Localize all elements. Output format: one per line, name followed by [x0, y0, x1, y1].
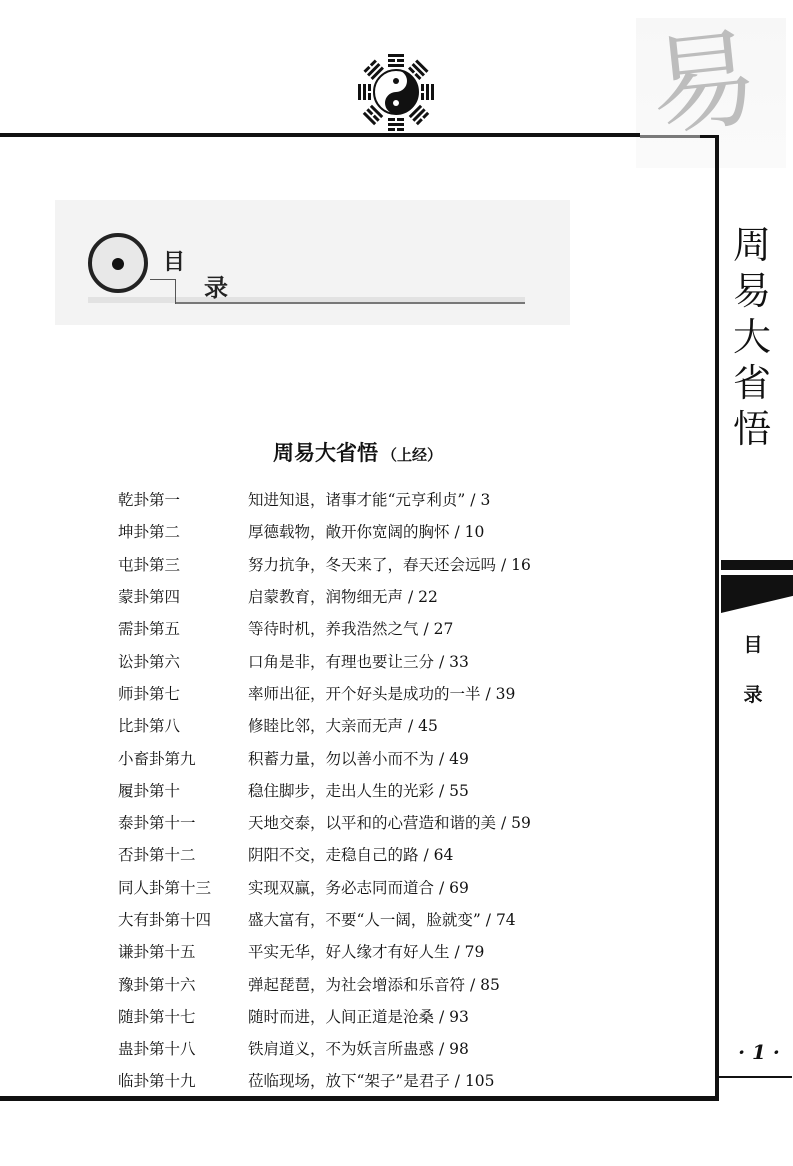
side-tab-bar: [721, 560, 793, 570]
toc-hexagram: 师卦第七: [118, 682, 248, 704]
watermark-character: 易: [645, 25, 764, 144]
toc-page: / 69: [439, 879, 469, 897]
section-title-main: 周易大省悟: [273, 441, 378, 465]
toc-entry[interactable]: 蒙卦第四启蒙教育，润物细无声 / 22: [118, 580, 678, 612]
toc-entry[interactable]: 同人卦第十三实现双赢，务必志同而道合 / 69: [118, 871, 678, 903]
toc-entry[interactable]: 比卦第八修睦比邻，大亲而无声 / 45: [118, 709, 678, 741]
toc-title: 阴阳不交，走稳自己的路: [248, 846, 419, 864]
toc-title: 率师出征，开个好头是成功的一半: [248, 685, 481, 703]
toc-hexagram: 同人卦第十三: [118, 876, 248, 898]
dragon-medallion-icon: [88, 233, 148, 293]
toc-title: 实现双赢，务必志同而道合: [248, 879, 434, 897]
toc-hexagram: 蛊卦第十八: [118, 1037, 248, 1059]
toc-entry[interactable]: 履卦第十稳住脚步，走出人生的光彩 / 55: [118, 774, 678, 806]
toc-entry[interactable]: 讼卦第六口角是非，有理也要让三分 / 33: [118, 644, 678, 676]
toc-title: 铁肩道义，不为妖言所蛊惑: [248, 1040, 434, 1058]
toc-title: 盛大富有，不要“人一阔，脸就变”: [248, 911, 481, 929]
toc-title: 修睦比邻，大亲而无声: [248, 717, 403, 735]
page-number-underline: [716, 1076, 792, 1078]
side-tab-wedge: [721, 575, 793, 613]
toc-entry[interactable]: 泰卦第十一天地交泰，以平和的心营造和谐的美 / 59: [118, 806, 678, 838]
toc-title: 天地交泰，以平和的心营造和谐的美: [248, 814, 496, 832]
toc-page: / 105: [455, 1072, 495, 1090]
toc-page: / 10: [454, 523, 484, 541]
toc-entry[interactable]: 师卦第七率师出征，开个好头是成功的一半 / 39: [118, 677, 678, 709]
side-title-char: 周: [727, 222, 777, 268]
section-title: 周易大省悟（上经）: [0, 437, 715, 467]
toc-hexagram: 泰卦第十一: [118, 811, 248, 833]
frame-right-border: [715, 135, 719, 1100]
toc-hexagram: 否卦第十二: [118, 843, 248, 865]
side-title-char: 大: [727, 314, 777, 360]
side-section-label-char: 目: [738, 630, 768, 657]
toc-entry[interactable]: 临卦第十九莅临现场，放下“架子”是君子 / 105: [118, 1064, 678, 1096]
toc-title: 莅临现场，放下“架子”是君子: [248, 1072, 450, 1090]
toc-title: 稳住脚步，走出人生的光彩: [248, 782, 434, 800]
toc-page: / 27: [423, 620, 453, 638]
side-title-char: 省: [727, 360, 777, 406]
toc-hexagram: 临卦第十九: [118, 1069, 248, 1091]
toc-hexagram: 谦卦第十五: [118, 940, 248, 962]
toc-entry[interactable]: 豫卦第十六弹起琵琶，为社会增添和乐音符 / 85: [118, 967, 678, 999]
toc-entry[interactable]: 屯卦第三努力抗争，冬天来了，春天还会远吗 / 16: [118, 548, 678, 580]
toc-title: 平实无华，好人缘才有好人生: [248, 943, 450, 961]
toc-title: 知进知退，诸事才能“元亨利贞”: [248, 491, 465, 509]
toc-hexagram: 屯卦第三: [118, 553, 248, 575]
banner-step-line: [150, 279, 176, 304]
taiji-bagua-icon: [356, 52, 436, 132]
toc-page: / 93: [439, 1008, 469, 1026]
toc-entry[interactable]: 需卦第五等待时机，养我浩然之气 / 27: [118, 612, 678, 644]
toc-title: 等待时机，养我浩然之气: [248, 620, 419, 638]
contents-heading-char-2: 录: [204, 268, 228, 303]
toc-page: / 45: [408, 717, 438, 735]
toc-hexagram: 乾卦第一: [118, 488, 248, 510]
toc-page: / 33: [439, 653, 469, 671]
toc-page: / 3: [470, 491, 490, 509]
toc-hexagram: 履卦第十: [118, 779, 248, 801]
toc-title: 口角是非，有理也要让三分: [248, 653, 434, 671]
side-book-title: 周 易 大 省 悟: [727, 222, 777, 452]
top-rule: [0, 133, 640, 137]
toc-hexagram: 讼卦第六: [118, 650, 248, 672]
toc-hexagram: 需卦第五: [118, 617, 248, 639]
toc-hexagram: 比卦第八: [118, 714, 248, 736]
toc-page: / 74: [486, 911, 516, 929]
contents-heading-char-1: 目: [163, 245, 185, 276]
toc-page: / 39: [485, 685, 515, 703]
toc-page: / 98: [439, 1040, 469, 1058]
toc-hexagram: 蒙卦第四: [118, 585, 248, 607]
toc-hexagram: 豫卦第十六: [118, 973, 248, 995]
toc-hexagram: 大有卦第十四: [118, 908, 248, 930]
toc-hexagram: 坤卦第二: [118, 520, 248, 542]
toc-title: 努力抗争，冬天来了，春天还会远吗: [248, 556, 496, 574]
toc-page: / 64: [423, 846, 453, 864]
toc-entry[interactable]: 大有卦第十四盛大富有，不要“人一阔，脸就变” / 74: [118, 903, 678, 935]
toc-entry[interactable]: 谦卦第十五平实无华，好人缘才有好人生 / 79: [118, 935, 678, 967]
toc-entry[interactable]: 蛊卦第十八铁肩道义，不为妖言所蛊惑 / 98: [118, 1032, 678, 1064]
toc-entry[interactable]: 否卦第十二阴阳不交，走稳自己的路 / 64: [118, 838, 678, 870]
bottom-rule: [0, 1096, 719, 1101]
toc-title: 弹起琵琶，为社会增添和乐音符: [248, 976, 465, 994]
toc-page: / 85: [470, 976, 500, 994]
toc-page: / 16: [501, 556, 531, 574]
side-section-label-char: 录: [738, 680, 768, 707]
table-of-contents: 乾卦第一知进知退，诸事才能“元亨利贞” / 3 坤卦第二厚德载物，敞开你宽阔的胸…: [118, 483, 678, 1097]
toc-page: / 49: [439, 750, 469, 768]
toc-hexagram: 小畜卦第九: [118, 747, 248, 769]
toc-title: 厚德载物，敞开你宽阔的胸怀: [248, 523, 450, 541]
section-subtitle: （上经）: [382, 446, 442, 464]
side-title-char: 悟: [727, 406, 777, 452]
toc-entry[interactable]: 坤卦第二厚德载物，敞开你宽阔的胸怀 / 10: [118, 515, 678, 547]
toc-title: 启蒙教育，润物细无声: [248, 588, 403, 606]
side-title-char: 易: [727, 268, 777, 314]
toc-entry[interactable]: 随卦第十七随时而进，人间正道是沧桑 / 93: [118, 1000, 678, 1032]
toc-title: 随时而进，人间正道是沧桑: [248, 1008, 434, 1026]
toc-entry[interactable]: 小畜卦第九积蓄力量，勿以善小而不为 / 49: [118, 741, 678, 773]
page-number: · 1 ·: [726, 1040, 792, 1064]
toc-page: / 55: [439, 782, 469, 800]
toc-page: / 59: [501, 814, 531, 832]
toc-title: 积蓄力量，勿以善小而不为: [248, 750, 434, 768]
toc-page: / 79: [454, 943, 484, 961]
toc-hexagram: 随卦第十七: [118, 1005, 248, 1027]
toc-entry[interactable]: 乾卦第一知进知退，诸事才能“元亨利贞” / 3: [118, 483, 678, 515]
toc-page: / 22: [408, 588, 438, 606]
